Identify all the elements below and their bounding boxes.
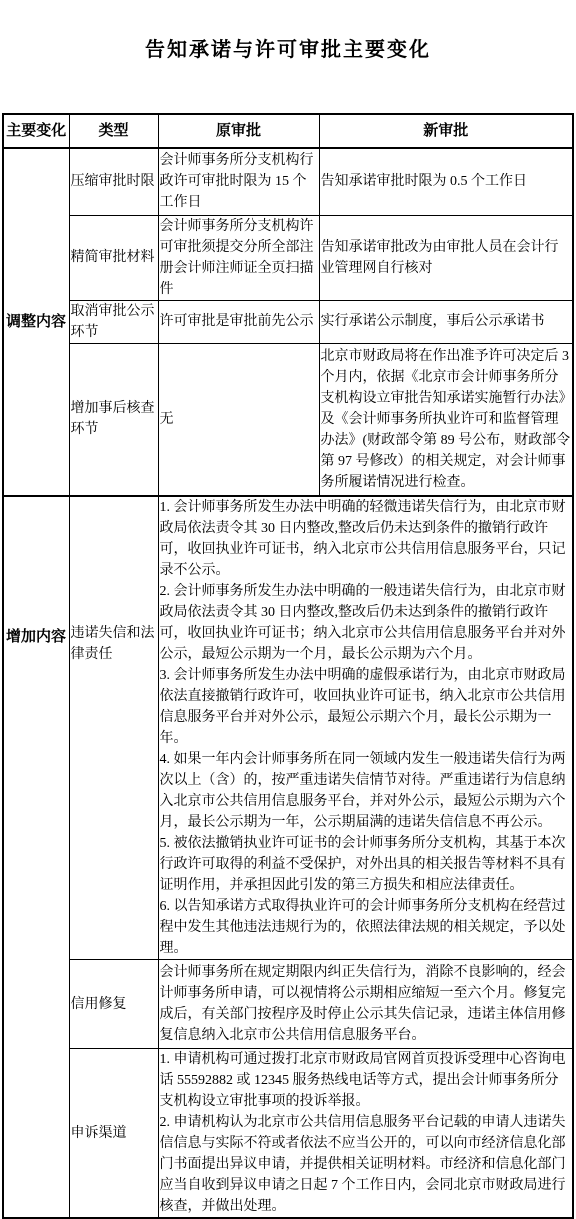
merged-content-cell: 1. 会计师事务所发生办法中明确的轻微违诺失信行为，由北京市财政局依法责令其 3… <box>158 496 573 960</box>
table-row: 信用修复 会计师事务所在规定期限内纠正失信行为，消除不良影响的，经会计师事务所申… <box>3 960 573 1049</box>
type-cell: 取消审批公示环节 <box>69 300 158 343</box>
header-main-change: 主要变化 <box>3 114 69 148</box>
type-cell: 信用修复 <box>69 960 158 1049</box>
paragraph: 2. 会计师事务所发生办法中明确的一般违诺失信行为，由北京市财政局依法责令其 3… <box>160 581 572 665</box>
table-row: 增加事后核查环节 无 北京市财政局将在作出准予许可决定后 3 个月内，依据《北京… <box>3 343 573 496</box>
type-cell: 精简审批材料 <box>69 215 158 300</box>
paragraph: 6. 以告知承诺方式取得执业许可的会计师事务所分支机构在经营过程中发生其他违法违… <box>160 896 572 959</box>
section-label-added: 增加内容 <box>3 496 69 1218</box>
new-approval-cell: 北京市财政局将在作出准予许可决定后 3 个月内，依据《北京市会计师事务所分支机构… <box>319 343 573 496</box>
old-approval-cell: 会计师事务所分支机构行政许可审批时限为 15 个工作日 <box>158 148 319 215</box>
header-old-approval: 原审批 <box>158 114 319 148</box>
section-label-adjust: 调整内容 <box>3 148 69 496</box>
paragraph: 5. 被依法撤销执业许可证书的会计师事务所分支机构，其基于本次行政许可取得的利益… <box>160 833 572 896</box>
type-cell: 增加事后核查环节 <box>69 343 158 496</box>
type-cell: 申诉渠道 <box>69 1049 158 1219</box>
paragraph: 2. 申请机构认为北京市公共信用信息服务平台记载的申请人违诺失信信息与实际不符或… <box>160 1112 572 1217</box>
new-approval-cell: 告知承诺审批时限为 0.5 个工作日 <box>319 148 573 215</box>
table-row: 调整内容 压缩审批时限 会计师事务所分支机构行政许可审批时限为 15 个工作日 … <box>3 148 573 215</box>
old-approval-cell: 无 <box>158 343 319 496</box>
type-cell: 违诺失信和法律责任 <box>69 496 158 960</box>
changes-table: 主要变化 类型 原审批 新审批 调整内容 压缩审批时限 会计师事务所分支机构行政… <box>2 113 574 1219</box>
header-new-approval: 新审批 <box>319 114 573 148</box>
header-type: 类型 <box>69 114 158 148</box>
paragraph: 3. 会计师事务所发生办法中明确的虚假承诺行为，由北京市财政局依法直接撤销行政许… <box>160 665 572 749</box>
table-row: 取消审批公示环节 许可审批是审批前先公示 实行承诺公示制度，事后公示承诺书 <box>3 300 573 343</box>
table-row: 申诉渠道 1. 申请机构可通过拨打北京市财政局官网首页投诉受理中心咨询电话 55… <box>3 1049 573 1219</box>
header-row: 主要变化 类型 原审批 新审批 <box>3 114 573 148</box>
paragraph: 1. 会计师事务所发生办法中明确的轻微违诺失信行为，由北京市财政局依法责令其 3… <box>160 497 572 581</box>
new-approval-cell: 告知承诺审批改为由审批人员在会计行业管理网自行核对 <box>319 215 573 300</box>
page-title: 告知承诺与许可审批主要变化 <box>0 0 576 62</box>
new-approval-cell: 实行承诺公示制度，事后公示承诺书 <box>319 300 573 343</box>
merged-content-cell: 会计师事务所在规定期限内纠正失信行为，消除不良影响的，经会计师事务所申请，可以视… <box>158 960 573 1049</box>
type-cell: 压缩审批时限 <box>69 148 158 215</box>
merged-content-cell: 1. 申请机构可通过拨打北京市财政局官网首页投诉受理中心咨询电话 5559288… <box>158 1049 573 1219</box>
table-row: 精简审批材料 会计师事务所分支机构许可审批须提交分所全部注册会计师注师证全页扫描… <box>3 215 573 300</box>
paragraph: 会计师事务所在规定期限内纠正失信行为，消除不良影响的，经会计师事务所申请，可以视… <box>160 962 572 1046</box>
paragraph: 1. 申请机构可通过拨打北京市财政局官网首页投诉受理中心咨询电话 5559288… <box>160 1049 572 1112</box>
old-approval-cell: 会计师事务所分支机构许可审批须提交分所全部注册会计师注师证全页扫描件 <box>158 215 319 300</box>
table-row: 增加内容 违诺失信和法律责任 1. 会计师事务所发生办法中明确的轻微违诺失信行为… <box>3 496 573 960</box>
old-approval-cell: 许可审批是审批前先公示 <box>158 300 319 343</box>
paragraph: 4. 如果一年内会计师事务所在同一领域内发生一般违诺失信行为两次以上（含）的，按… <box>160 749 572 833</box>
